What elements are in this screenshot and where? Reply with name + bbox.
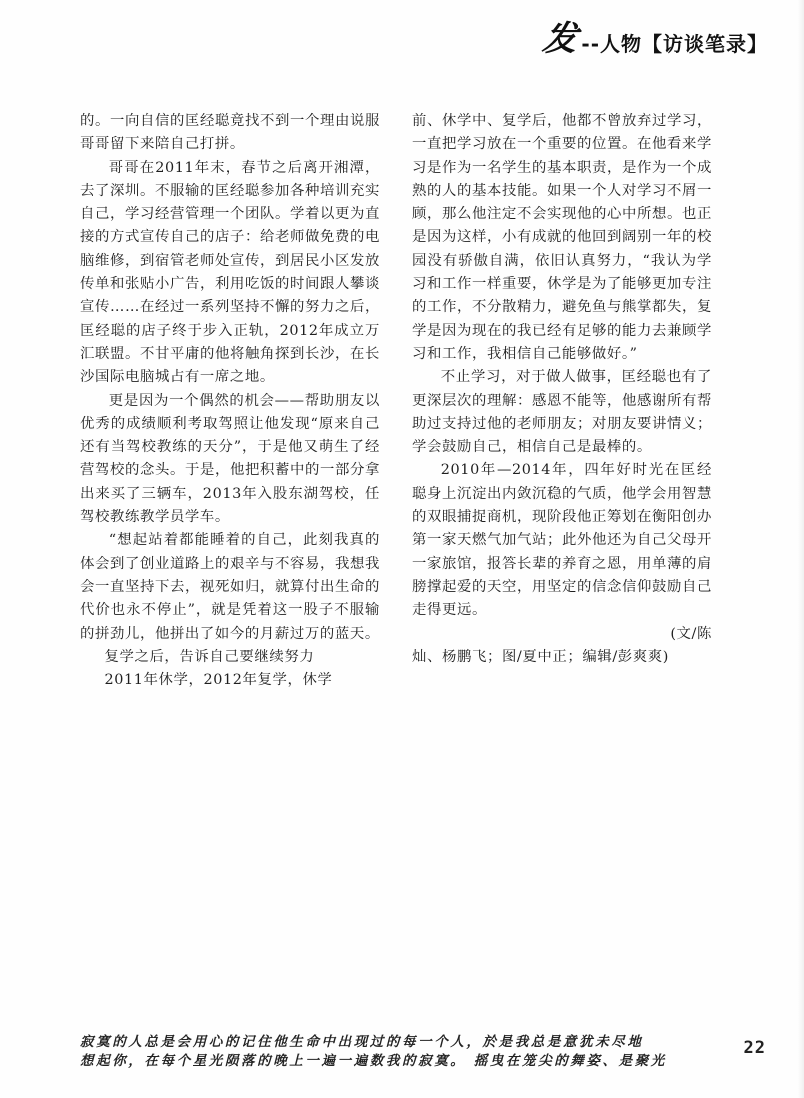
footer-quote-line-2: 想起你，在每个星光陨落的晚上一遍一遍数我的寂寞。 摇曳在笼尖的舞姿、是聚光 — [80, 1052, 720, 1071]
footer-quote: 寂寞的人总是会用心的记住他生命中出现过的每一个人，於是我总是意犹未尽地 想起你，… — [80, 1033, 720, 1071]
right-column: 前、休学中、复学后，他都不曾放弃过学习，一直把学习放在一个重要的位置。在他看来学… — [412, 110, 712, 669]
subheading: 复学之后，告诉自己要继续努力 — [80, 646, 380, 669]
paragraph: 哥哥在2011年末，春节之后离开湘潭，去了深圳。不服输的匡经聪参加各种培训充实自… — [80, 157, 380, 390]
paragraph: 前、休学中、复学后，他都不曾放弃过学习，一直把学习放在一个重要的位置。在他看来学… — [412, 110, 712, 366]
paragraph: 的。一向自信的匡经聪竟找不到一个理由说服哥哥留下来陪自己打拼。 — [80, 110, 380, 157]
paragraph: 2010年—2014年，四年好时光在匡经聪身上沉淀出内敛沉稳的气质，他学会用智慧… — [412, 459, 712, 622]
page-edge-shadow — [798, 0, 804, 1098]
left-column: 的。一向自信的匡经聪竟找不到一个理由说服哥哥留下来陪自己打拼。 哥哥在2011年… — [80, 110, 380, 692]
paragraph: 更是因为一个偶然的机会——帮助朋友以优秀的成绩顺利考取驾照让他发现“原来自己还有… — [80, 390, 380, 530]
page-number: 22 — [744, 1038, 766, 1058]
header-section-title: --人物【访谈笔录】 — [581, 34, 768, 56]
footer-quote-line-1: 寂寞的人总是会用心的记住他生命中出现过的每一个人，於是我总是意犹未尽地 — [80, 1033, 720, 1052]
section-header: 发 --人物【访谈笔录】 — [543, 22, 768, 56]
paragraph: 不止学习，对于做人做事，匡经聪也有了更深层次的理解：感恩不能等，他感谢所有帮助过… — [412, 366, 712, 459]
paragraph-quote: “想起站着都能睡着的自己，此刻我真的体会到了创业道路上的艰辛与不容易，我想我会一… — [80, 529, 380, 645]
header-calligraphy-glyph: 发 — [541, 22, 580, 56]
article-credits-start: (文/陈 — [412, 623, 712, 646]
article-credits: 灿、杨鹏飞；图/夏中正；编辑/彭爽爽) — [412, 646, 712, 669]
paragraph: 2011年休学，2012年复学，休学 — [80, 669, 380, 692]
magazine-page: 发 --人物【访谈笔录】 的。一向自信的匡经聪竟找不到一个理由说服哥哥留下来陪自… — [0, 0, 804, 1098]
